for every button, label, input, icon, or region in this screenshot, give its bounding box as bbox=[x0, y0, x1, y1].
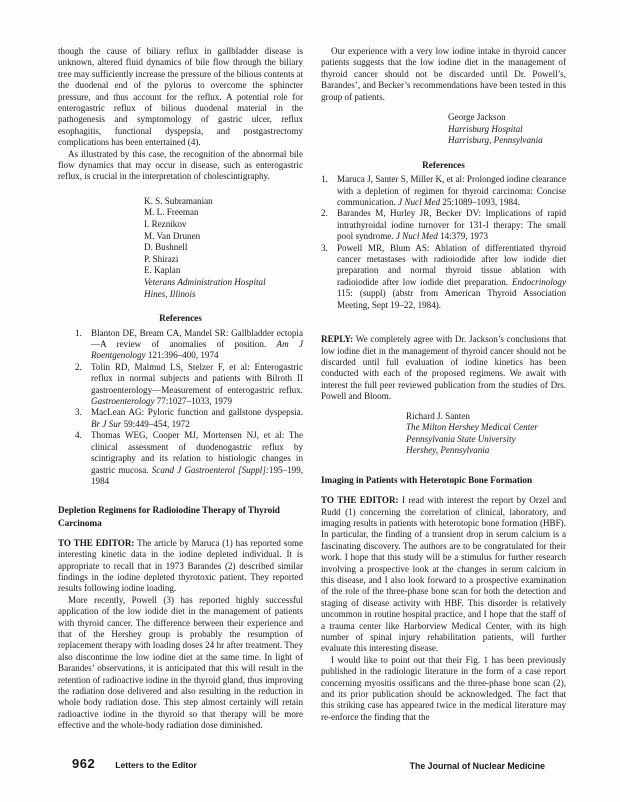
to-the-editor-lead: TO THE EDITOR: bbox=[321, 495, 399, 505]
references-heading: References bbox=[321, 160, 566, 171]
reference-number: 3. bbox=[75, 407, 82, 418]
reference-item: 4.Thomas WEG, Cooper MJ, Mortensen NJ, e… bbox=[75, 430, 303, 487]
reference-citation: 25:1089–1093, 1984. bbox=[440, 197, 520, 207]
paragraph-our-experience: Our experience with a very low iodine in… bbox=[321, 46, 566, 103]
reference-number: 2. bbox=[321, 208, 328, 219]
reference-citation: 121:396–400, 1974 bbox=[146, 350, 219, 360]
signature-name: D. Bushnell bbox=[144, 242, 303, 254]
reference-number: 4. bbox=[75, 430, 82, 441]
signature-name: E. Kaplan bbox=[144, 265, 303, 277]
footer-section-label: Letters to the Editor bbox=[115, 760, 197, 770]
signature-block-santen: Richard J. Santen The Milton Hershey Med… bbox=[406, 411, 566, 457]
paragraph-as-illustrated: As illustrated by this case, the recogni… bbox=[58, 149, 303, 183]
signature-name: I. Reznikov bbox=[144, 219, 303, 231]
section-heading-depletion-regimens: Depletion Regimens for Radioiodine Thera… bbox=[58, 504, 292, 528]
reply-body-text: We completely agree with Dr. Jackson’s c… bbox=[321, 334, 566, 401]
signature-affiliation: Veterans Administration Hospital bbox=[144, 277, 303, 289]
reply-paragraph: REPLY: We completely agree with Dr. Jack… bbox=[321, 334, 566, 402]
reference-journal: Endocrinology bbox=[512, 277, 566, 287]
signature-affiliation: The Milton Hershey Medical Center bbox=[406, 422, 566, 434]
right-column: Our experience with a very low iodine in… bbox=[321, 46, 566, 723]
section-heading-heterotopic-bone: Imaging in Patients with Heterotopic Bon… bbox=[321, 474, 566, 486]
reference-citation: 59:449–454, 1972 bbox=[121, 419, 189, 429]
signature-affiliation: Hines, Illinois bbox=[144, 289, 303, 301]
to-the-editor-lead: TO THE EDITOR: bbox=[58, 538, 134, 548]
reference-journal: Br J Sur bbox=[91, 419, 121, 429]
signature-name: George Jackson bbox=[448, 112, 566, 124]
reference-item: 3.MacLean AG: Pyloric function and galls… bbox=[75, 407, 303, 430]
reference-number: 1. bbox=[321, 174, 328, 185]
reference-text: MacLean AG: Pyloric function and gallsto… bbox=[91, 407, 303, 417]
signature-affiliation: Hershey, Pennsylvania bbox=[406, 445, 566, 457]
page-number: 962 bbox=[72, 756, 95, 771]
paragraph-more-recently: More recently, Powell (3) has reported h… bbox=[58, 595, 303, 732]
signature-block-jackson: George Jackson Harrisburg Hospital Harri… bbox=[448, 112, 566, 147]
paragraph-point-out: I would like to point out that their Fig… bbox=[321, 655, 566, 723]
letter-body-text: I read with interest the report by Orzel… bbox=[321, 495, 566, 653]
reference-number: 2. bbox=[75, 362, 82, 373]
left-column: though the cause of biliary reflux in ga… bbox=[58, 46, 303, 732]
reference-number: 3. bbox=[321, 243, 328, 254]
reference-item: 2.Barandes M, Hurley JR, Becker DV: Impl… bbox=[321, 208, 566, 242]
reply-lead: REPLY: bbox=[321, 334, 353, 344]
reference-journal: J Nucl Med bbox=[398, 197, 440, 207]
signature-block-subramanian: K. S. Subramanian M. L. Freeman I. Rezni… bbox=[144, 196, 303, 300]
paragraph-biliary-reflux-continuation: though the cause of biliary reflux in ga… bbox=[58, 46, 303, 149]
signature-name: M. Van Drunen bbox=[144, 231, 303, 243]
signature-name: K. S. Subramanian bbox=[144, 196, 303, 208]
reference-item: 3.Powell MR, Blum AS: Ablation of differ… bbox=[321, 243, 566, 311]
letter-paragraph-imaging: TO THE EDITOR: I read with interest the … bbox=[321, 495, 566, 655]
reference-citation: 115: (suppl) (abstr from American Thyroi… bbox=[337, 288, 566, 309]
footer-journal-title: The Journal of Nuclear Medicine bbox=[410, 761, 545, 771]
footer-left: 962 Letters to the Editor bbox=[72, 756, 197, 771]
reference-text: Tolin RD, Malmud LS, Stelzer F, et al: E… bbox=[91, 362, 303, 395]
reference-text: Blanton DE, Bream CA, Mandel SR: Gallbla… bbox=[91, 328, 303, 349]
letter-paragraph-depletion: TO THE EDITOR: The article by Maruca (1)… bbox=[58, 538, 303, 595]
journal-page: though the cause of biliary reflux in ga… bbox=[0, 0, 620, 802]
references-list: 1.Maruca J, Santer S, Miller K, et al: P… bbox=[321, 174, 566, 311]
reference-citation: 77:1027–1033, 1979 bbox=[154, 396, 232, 406]
signature-affiliation: Harrisburg, Pennsylvania bbox=[448, 135, 566, 147]
reference-item: 2.Tolin RD, Malmud LS, Stelzer F, et al:… bbox=[75, 362, 303, 408]
signature-name: P. Shirazi bbox=[144, 254, 303, 266]
signature-name: M. L. Freeman bbox=[144, 207, 303, 219]
reference-item: 1.Blanton DE, Bream CA, Mandel SR: Gallb… bbox=[75, 328, 303, 362]
references-list: 1.Blanton DE, Bream CA, Mandel SR: Gallb… bbox=[75, 328, 303, 488]
reference-journal: J Nucl Med bbox=[396, 231, 438, 241]
signature-affiliation: Harrisburg Hospital bbox=[448, 124, 566, 136]
signature-name: Richard J. Santen bbox=[406, 411, 566, 423]
reference-item: 1.Maruca J, Santer S, Miller K, et al: P… bbox=[321, 174, 566, 208]
reference-journal: Gastroenterology bbox=[91, 396, 154, 406]
reference-citation: 14:379, 1973 bbox=[438, 231, 488, 241]
references-heading: References bbox=[58, 313, 303, 324]
reference-number: 1. bbox=[75, 328, 82, 339]
signature-affiliation: Pennsylvania State University bbox=[406, 434, 566, 446]
reference-journal: Scand J Gastroenterol [Suppl]: bbox=[152, 465, 269, 475]
